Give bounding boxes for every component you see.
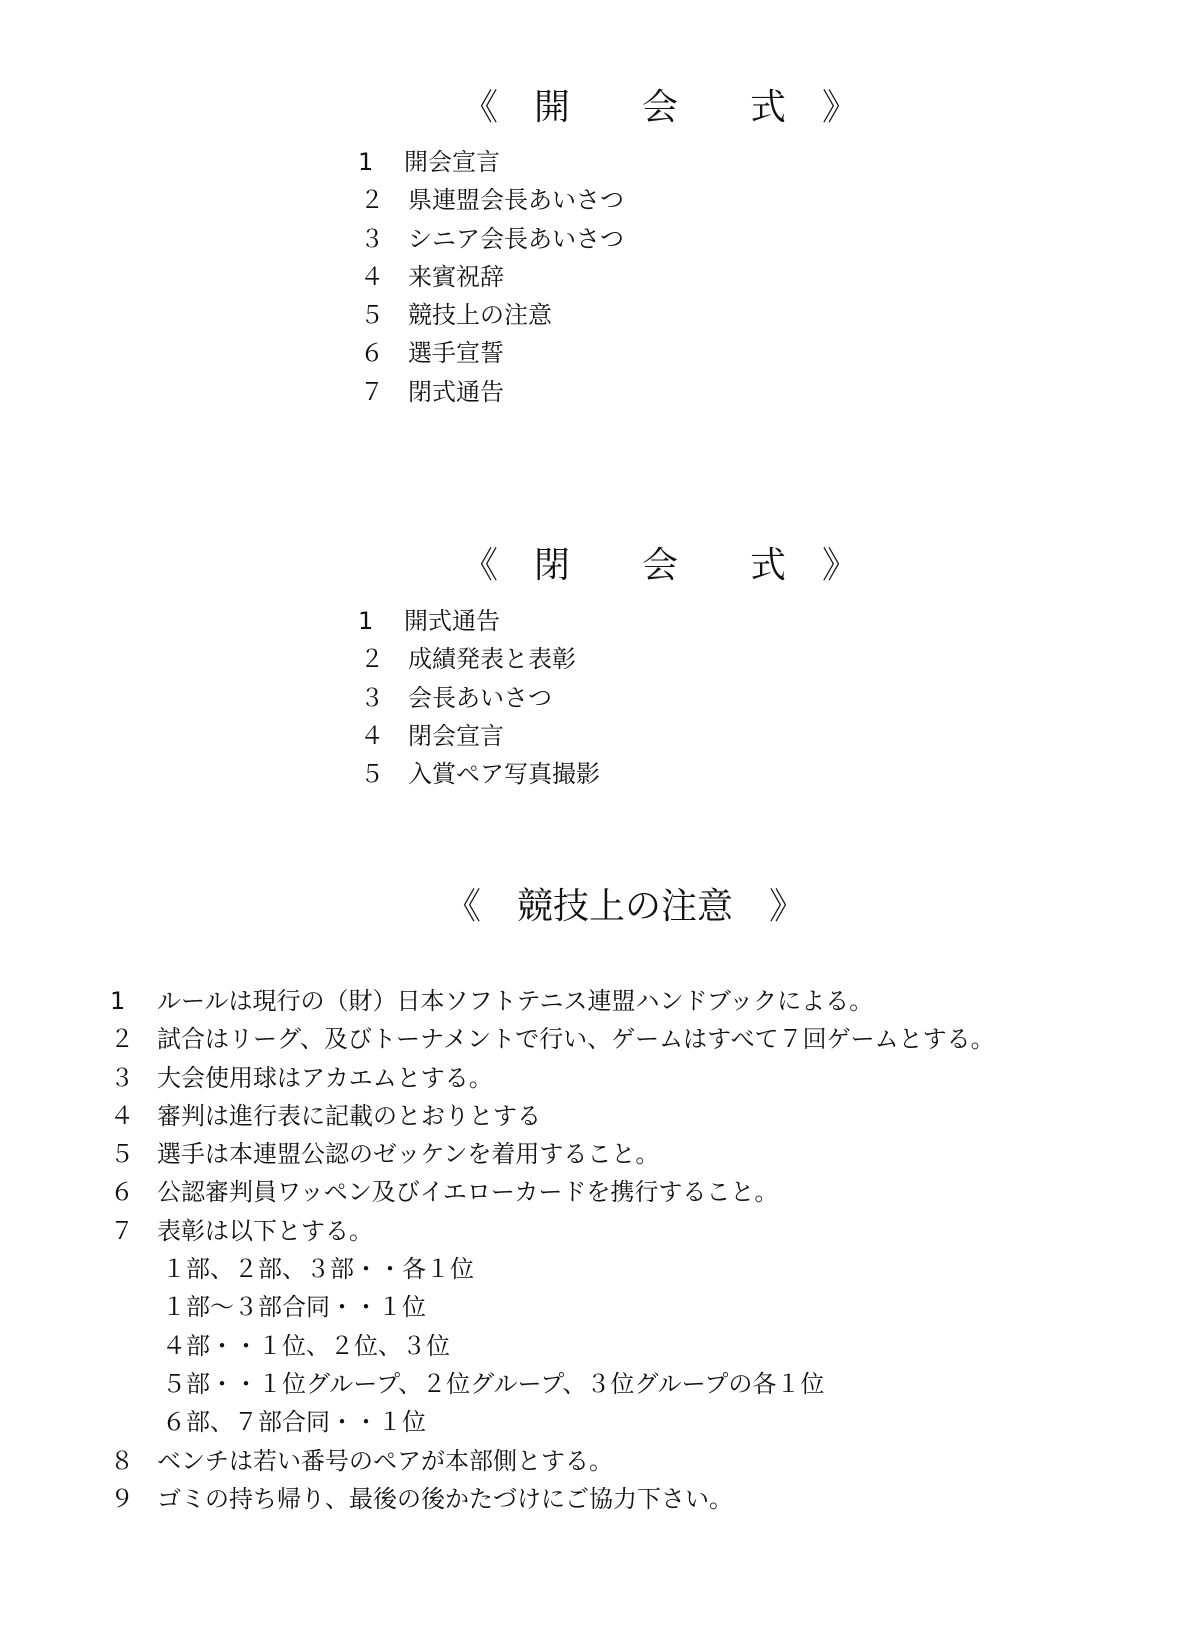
item-number: ４ bbox=[110, 1097, 134, 1135]
item-text: ゴミの持ち帰り、最後の後かたづけにご協力下さい。 bbox=[157, 1480, 733, 1518]
item-number: ３ bbox=[360, 679, 384, 717]
item-text: 開会宣言 bbox=[404, 143, 500, 181]
item-number: ４ bbox=[360, 717, 384, 755]
item-text: 来賓祝辞 bbox=[408, 258, 504, 296]
list-item: ５入賞ペア写真撮影 bbox=[360, 755, 760, 793]
list-item: ４審判は進行表に記載のとおりとする bbox=[110, 1097, 1110, 1135]
item-text: ルールは現行の（財）日本ソフトテニス連盟ハンドブックによる。 bbox=[157, 982, 873, 1020]
item-text: 競技上の注意 bbox=[408, 296, 552, 334]
item-number: ９ bbox=[110, 1480, 134, 1518]
list-item: ７閉式通告 bbox=[360, 373, 760, 411]
item-text: 開式通告 bbox=[404, 602, 500, 640]
item-number: ３ bbox=[110, 1059, 134, 1097]
item-text: 県連盟会長あいさつ bbox=[408, 181, 624, 219]
list-item: 1開会宣言 bbox=[360, 143, 760, 181]
list-item: ２成績発表と表彰 bbox=[360, 640, 760, 678]
item-text: シニア会長あいさつ bbox=[408, 220, 624, 258]
list-item: ３シニア会長あいさつ bbox=[360, 220, 760, 258]
item-number: ５ bbox=[110, 1135, 134, 1173]
opening-ceremony-list: 1開会宣言 ２県連盟会長あいさつ ３シニア会長あいさつ ４来賓祝辞 ５競技上の注… bbox=[360, 143, 760, 411]
item-text: ５部・・１位グループ、２位グループ、３位グループの各１位 bbox=[162, 1365, 824, 1403]
list-item: ４来賓祝辞 bbox=[360, 258, 760, 296]
item-text: 成績発表と表彰 bbox=[408, 640, 576, 678]
opening-ceremony-title: 《 開 会 式 》 bbox=[462, 86, 858, 130]
list-item: ６選手宣誓 bbox=[360, 334, 760, 372]
item-text: 入賞ペア写真撮影 bbox=[408, 755, 600, 793]
item-text: 閉会宣言 bbox=[408, 717, 504, 755]
list-item: ９ゴミの持ち帰り、最後の後かたづけにご協力下さい。 bbox=[110, 1480, 1110, 1518]
item-text: 審判は進行表に記載のとおりとする bbox=[157, 1097, 541, 1135]
list-item: ７表彰は以下とする。 bbox=[110, 1212, 1110, 1250]
item-text: 試合はリーグ、及びトーナメントで行い、ゲームはすべて７回ゲームとする。 bbox=[157, 1020, 995, 1058]
list-item: ８ベンチは若い番号のペアが本部側とする。 bbox=[110, 1442, 1110, 1480]
list-item: ５選手は本連盟公認のゼッケンを着用すること。 bbox=[110, 1135, 1110, 1173]
list-item: 1ルールは現行の（財）日本ソフトテニス連盟ハンドブックによる。 bbox=[110, 982, 1110, 1020]
item-text: 公認審判員ワッペン及びイエローカードを携行すること。 bbox=[157, 1173, 778, 1211]
item-text: 会長あいさつ bbox=[408, 679, 552, 717]
list-item: ３大会使用球はアカエムとする。 bbox=[110, 1059, 1110, 1097]
item-text: ベンチは若い番号のペアが本部側とする。 bbox=[157, 1442, 613, 1480]
item-text: ６部、７部合同・・１位 bbox=[162, 1403, 426, 1441]
award-subitem: ６部、７部合同・・１位 bbox=[110, 1403, 1110, 1441]
award-subitem: ５部・・１位グループ、２位グループ、３位グループの各１位 bbox=[110, 1365, 1110, 1403]
item-text: 閉式通告 bbox=[408, 373, 504, 411]
closing-ceremony-list: 1開式通告 ２成績発表と表彰 ３会長あいさつ ４閉会宣言 ５入賞ペア写真撮影 bbox=[360, 602, 760, 793]
list-item: ３会長あいさつ bbox=[360, 679, 760, 717]
competition-notes-title: 《 競技上の注意 》 bbox=[445, 885, 805, 929]
list-item: ４閉会宣言 bbox=[360, 717, 760, 755]
item-number: 1 bbox=[358, 602, 373, 640]
award-subitem: １部～３部合同・・１位 bbox=[110, 1288, 1110, 1326]
award-subitem: ４部・・１位、２位、３位 bbox=[110, 1327, 1110, 1365]
item-number: ２ bbox=[360, 640, 384, 678]
list-item: ５競技上の注意 bbox=[360, 296, 760, 334]
item-text: 大会使用球はアカエムとする。 bbox=[157, 1059, 493, 1097]
competition-notes-list: 1ルールは現行の（財）日本ソフトテニス連盟ハンドブックによる。 ２試合はリーグ、… bbox=[110, 982, 1110, 1518]
item-text: １部～３部合同・・１位 bbox=[162, 1288, 426, 1326]
item-text: 選手は本連盟公認のゼッケンを着用すること。 bbox=[157, 1135, 659, 1173]
item-number: ７ bbox=[360, 373, 384, 411]
item-number: ７ bbox=[110, 1212, 134, 1250]
item-number: ５ bbox=[360, 755, 384, 793]
item-text: ４部・・１位、２位、３位 bbox=[162, 1327, 450, 1365]
award-subitem: １部、２部、３部・・各１位 bbox=[110, 1250, 1110, 1288]
item-number: 1 bbox=[110, 982, 125, 1020]
item-number: ２ bbox=[110, 1020, 134, 1058]
item-number: ８ bbox=[110, 1442, 134, 1480]
item-number: ５ bbox=[360, 296, 384, 334]
list-item: ６公認審判員ワッペン及びイエローカードを携行すること。 bbox=[110, 1173, 1110, 1211]
item-number: ４ bbox=[360, 258, 384, 296]
item-number: ６ bbox=[110, 1173, 134, 1211]
item-number: ３ bbox=[360, 220, 384, 258]
item-text: 表彰は以下とする。 bbox=[157, 1212, 373, 1250]
list-item: 1開式通告 bbox=[360, 602, 760, 640]
list-item: ２試合はリーグ、及びトーナメントで行い、ゲームはすべて７回ゲームとする。 bbox=[110, 1020, 1110, 1058]
list-item: ２県連盟会長あいさつ bbox=[360, 181, 760, 219]
item-number: ６ bbox=[360, 334, 384, 372]
item-text: 選手宣誓 bbox=[408, 334, 504, 372]
closing-ceremony-title: 《 閉 会 式 》 bbox=[462, 544, 858, 588]
item-number: ２ bbox=[360, 181, 384, 219]
item-number: 1 bbox=[358, 143, 373, 181]
item-text: １部、２部、３部・・各１位 bbox=[162, 1250, 474, 1288]
